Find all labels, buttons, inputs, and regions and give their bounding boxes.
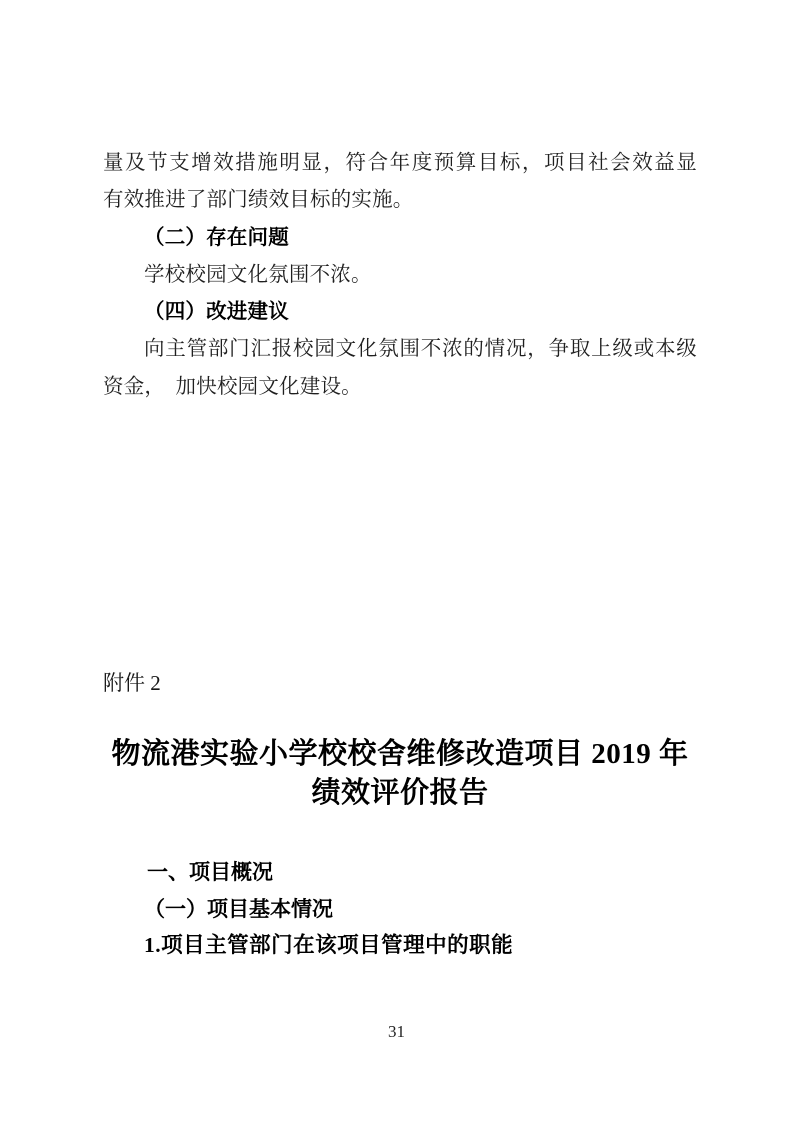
report-title-line: 物流港实验小学校校舍维修改造项目 2019 年 bbox=[103, 735, 697, 774]
suggestions-paragraph-line: 资金， 加快校园文化建设。 bbox=[103, 369, 697, 406]
subsection-heading-basic-info: （一）项目基本情况 bbox=[103, 891, 697, 927]
report-title: 物流港实验小学校校舍维修改造项目 2019 年 绩效评价报告 bbox=[103, 735, 697, 812]
report-title-line: 绩效评价报告 bbox=[103, 774, 697, 813]
suggestions-paragraph-line: 向主管部门汇报校园文化氛围不浓的情况，争取上级或本级 bbox=[103, 331, 697, 368]
closing-paragraph-line: 量及节支增效措施明显，符合年度预算目标，项目社会效益显著， bbox=[103, 145, 697, 182]
attachment-label: 附件 2 bbox=[103, 665, 697, 702]
problems-paragraph: 学校校园文化氛围不浓。 bbox=[103, 257, 697, 294]
page-number: 31 bbox=[0, 1022, 793, 1042]
section-headings: 一、项目概况 （一）项目基本情况 1.项目主管部门在该项目管理中的职能 bbox=[103, 855, 697, 963]
closing-paragraph-line: 有效推进了部门绩效目标的实施。 bbox=[103, 182, 697, 219]
item-heading-department-role: 1.项目主管部门在该项目管理中的职能 bbox=[103, 927, 697, 963]
suggestions-heading: （四）改进建议 bbox=[103, 294, 697, 331]
blank-gap bbox=[103, 406, 697, 665]
section-heading-overview: 一、项目概况 bbox=[103, 855, 697, 891]
problems-heading: （二）存在问题 bbox=[103, 220, 697, 257]
page-body: 量及节支增效措施明显，符合年度预算目标，项目社会效益显著， 有效推进了部门绩效目… bbox=[103, 145, 697, 963]
document-page: 量及节支增效措施明显，符合年度预算目标，项目社会效益显著， 有效推进了部门绩效目… bbox=[0, 0, 793, 1122]
